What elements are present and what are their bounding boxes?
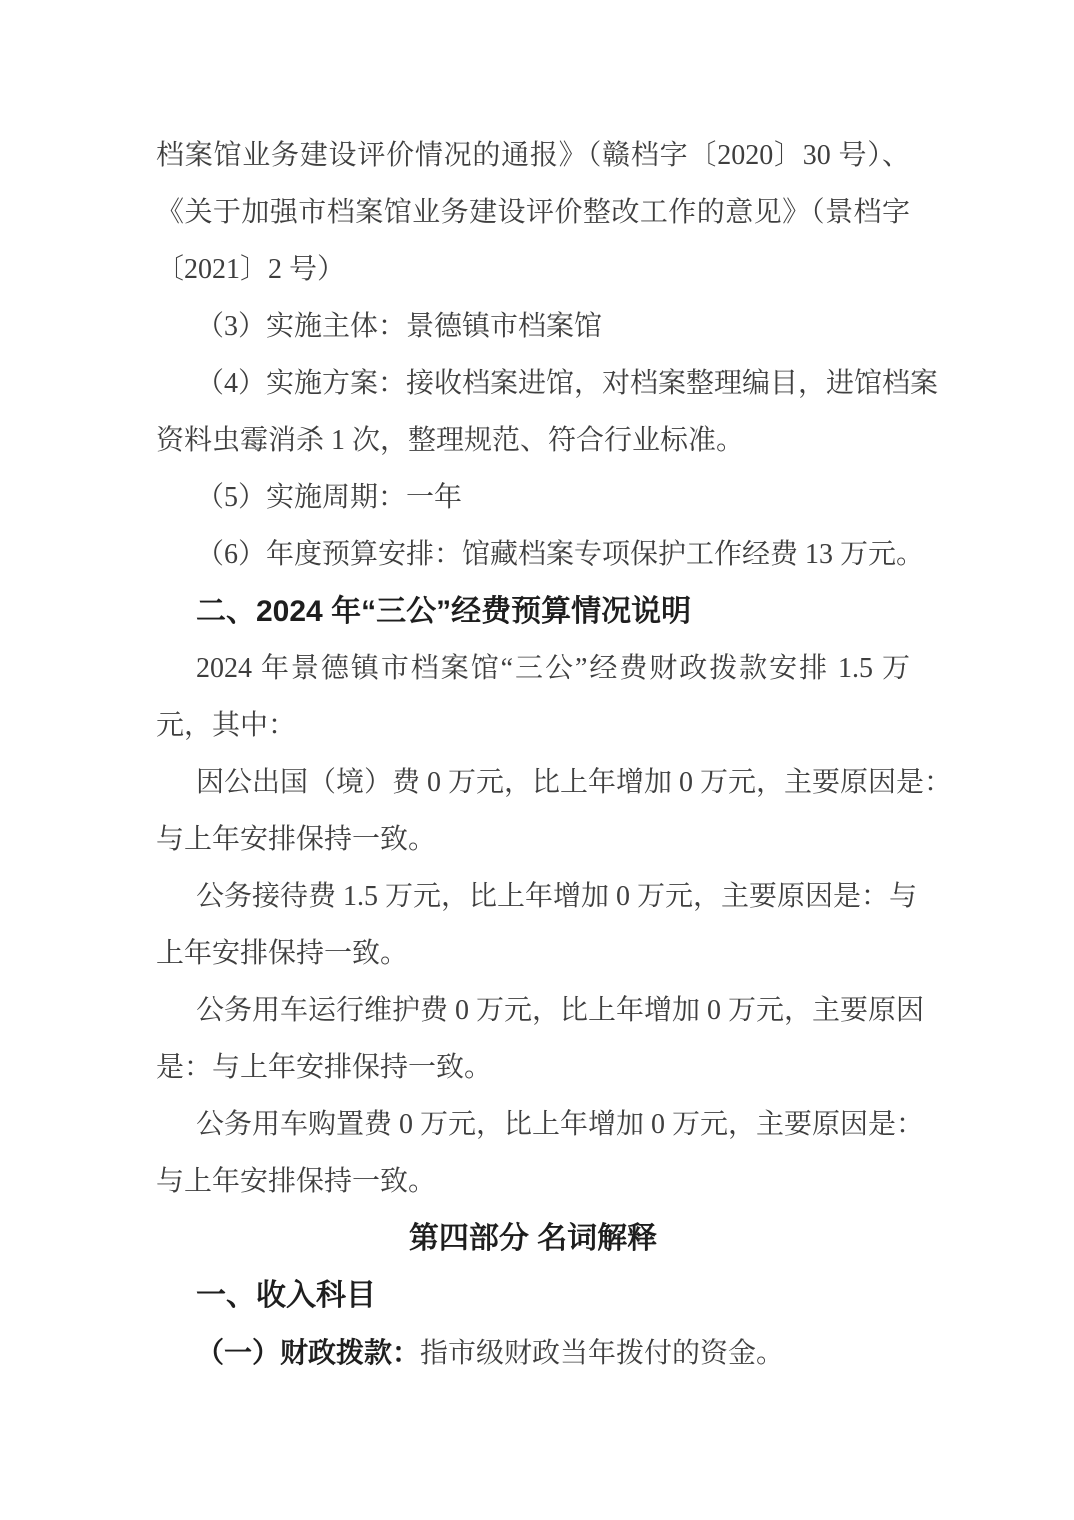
text-line: （6）年度预算安排：馆藏档案专项保护工作经费 13 万元。 <box>156 526 910 583</box>
text-line: 〔2021〕2 号） <box>156 241 910 298</box>
section-heading: 一、收入科目 <box>156 1267 910 1324</box>
text-line: 公务接待费 1.5 万元，比上年增加 0 万元，主要原因是：与 <box>156 868 910 925</box>
text-segment: 指市级财政当年拨付的资金。 <box>420 1338 784 1369</box>
text-line: （3）实施主体：景德镇市档案馆 <box>156 298 910 355</box>
text-line: 资料虫霉消杀 1 次，整理规范、符合行业标准。 <box>156 412 910 469</box>
text-line: （5）实施周期：一年 <box>156 469 910 526</box>
text-line: 因公出国（境）费 0 万元，比上年增加 0 万元，主要原因是： <box>156 754 910 811</box>
text-line: 公务用车购置费 0 万元，比上年增加 0 万元，主要原因是： <box>156 1096 910 1153</box>
text-line: 是：与上年安排保持一致。 <box>156 1039 910 1096</box>
text-line: （4）实施方案：接收档案进馆，对档案整理编目，进馆档案 <box>156 355 910 412</box>
text-line: 《关于加强市档案馆业务建设评价整改工作的意见》（景档字 <box>156 184 910 241</box>
text-line: 与上年安排保持一致。 <box>156 1153 910 1210</box>
document-page: 档案馆业务建设评价情况的通报》（赣档字〔2020〕30 号）、《关于加强市档案馆… <box>0 0 1074 1520</box>
text-line: 公务用车运行维护费 0 万元，比上年增加 0 万元，主要原因 <box>156 982 910 1039</box>
text-line: 档案馆业务建设评价情况的通报》（赣档字〔2020〕30 号）、 <box>156 127 910 184</box>
text-line: 元，其中： <box>156 697 910 754</box>
part-heading: 第四部分 名词解释 <box>156 1210 910 1267</box>
text-line: 上年安排保持一致。 <box>156 925 910 982</box>
text-line: 2024 年景德镇市档案馆“三公”经费财政拨款安排 1.5 万 <box>156 640 910 697</box>
text-line: （一）财政拨款：指市级财政当年拨付的资金。 <box>156 1324 910 1382</box>
text-line: 与上年安排保持一致。 <box>156 811 910 868</box>
bold-term: （一）财政拨款： <box>196 1337 420 1368</box>
section-heading: 二、2024 年“三公”经费预算情况说明 <box>156 583 910 640</box>
